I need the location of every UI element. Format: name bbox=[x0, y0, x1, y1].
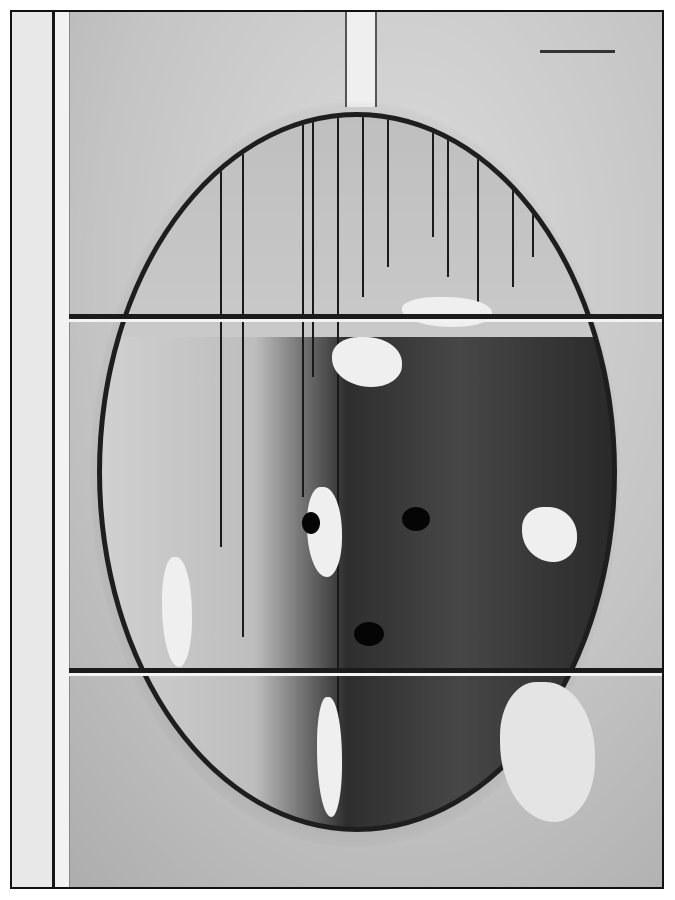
oval-upper-section bbox=[102, 117, 612, 337]
peeled-flap bbox=[500, 682, 595, 822]
drip-stain bbox=[447, 117, 449, 277]
panel-joint bbox=[69, 314, 664, 319]
panel-joint bbox=[69, 668, 664, 673]
hole bbox=[402, 507, 430, 531]
drip-stain bbox=[432, 117, 434, 237]
drip-stain bbox=[312, 117, 314, 377]
drip-stain bbox=[387, 117, 389, 267]
hole bbox=[354, 622, 384, 646]
wall-mark bbox=[540, 50, 615, 53]
peeled-paint bbox=[522, 507, 577, 562]
drip-stain bbox=[242, 117, 244, 637]
pillar-strip bbox=[55, 12, 70, 887]
drip-stain bbox=[477, 117, 479, 317]
pillar-edge bbox=[12, 12, 52, 887]
drip-stain bbox=[362, 117, 364, 297]
drain-pipe bbox=[345, 12, 377, 107]
drip-stain bbox=[302, 117, 304, 497]
photograph bbox=[10, 10, 664, 889]
peeled-paint bbox=[332, 337, 402, 387]
drip-stain bbox=[337, 117, 339, 757]
drip-stain bbox=[532, 117, 534, 257]
hole bbox=[302, 512, 320, 534]
peeled-paint bbox=[162, 557, 192, 667]
drip-stain bbox=[512, 117, 514, 287]
peeled-paint bbox=[317, 697, 342, 817]
drip-stain bbox=[220, 117, 222, 547]
